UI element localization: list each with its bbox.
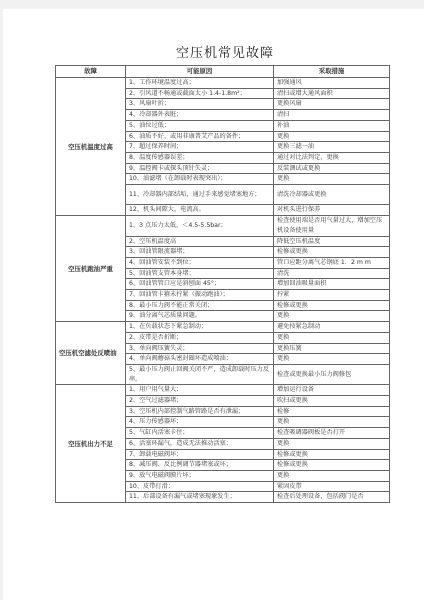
action-cell: 清洗	[274, 268, 390, 279]
document-title: 空压机常见故障	[3, 42, 424, 61]
cause-cell: 3、风扇叶折；	[126, 99, 274, 110]
action-cell: 检修或更换	[274, 300, 390, 311]
table-row: 空压机出力不足1、用户用气量大；增加运行设备	[56, 385, 390, 396]
cause-cell: 9、温控阀卡或探头顶针失灵；	[126, 163, 274, 174]
action-cell: 更换	[274, 174, 390, 185]
cause-cell: 10、皮带打滑；	[126, 481, 274, 492]
cause-cell: 11、冷却器内部结垢，通过手来感觉堵塞地方；	[126, 185, 274, 205]
action-cell: 补油	[274, 120, 390, 131]
action-cell: 更换压簧	[274, 343, 390, 354]
action-cell: 对机头进行保养	[274, 205, 390, 216]
action-cell: 检查吸调器阀板是否打开	[274, 428, 390, 439]
action-cell: 更换	[274, 332, 390, 343]
cause-cell: 4、单向阀蘑菇头密封圈坏造成喷油；	[126, 354, 274, 365]
fault-cell: 空压机出力不足	[56, 385, 126, 503]
action-cell: 更换	[274, 311, 390, 322]
cause-cell: 2、空气过滤器堵；	[126, 396, 274, 407]
cause-cell: 3、空压机内部控制气路管路是否有泄漏；	[126, 406, 274, 417]
action-cell: 降低空压机温度	[274, 236, 390, 247]
action-cell: 管口应距分离气芯钢底 1．2 m m	[274, 257, 390, 268]
action-cell: 紧固皮带	[274, 481, 390, 492]
cause-cell: 8、最小压力阀不能正常关闭；	[126, 300, 274, 311]
table-header-row: 故障 可能原因 采取措施	[56, 66, 390, 78]
action-cell: 更换三滤一油	[274, 142, 390, 153]
action-cell: 更换	[274, 438, 390, 449]
fault-cell: 空压机空滤处反喷油	[56, 322, 126, 385]
action-cell: 加强通风	[274, 78, 390, 89]
action-cell: 更换风扇	[274, 99, 390, 110]
cause-cell: 1、用户用气量大；	[126, 385, 274, 396]
action-cell: 清扫	[274, 110, 390, 121]
action-cell: 更换	[274, 417, 390, 428]
fault-cell: 空压机跑油严重	[56, 216, 126, 322]
cause-cell: 12、机头间隙大，电流高。	[126, 205, 274, 216]
action-cell: 检修或更换	[274, 247, 390, 258]
cause-cell: 5、气缸内活塞卡住；	[126, 428, 274, 439]
cause-cell: 2、引风道不畅通或截面太小 1.4-1.8m²；	[126, 88, 274, 99]
action-cell: 检修或更换	[274, 460, 390, 471]
action-cell: 拧紧	[274, 290, 390, 301]
header-fault: 故障	[56, 66, 126, 78]
cause-cell: 6、回油管管口应是斜刨面 45°；	[126, 279, 274, 290]
action-cell: 更换	[274, 354, 390, 365]
cause-cell: 4、冷却器外表脏；	[126, 110, 274, 121]
cause-cell: 11、后部设备有漏气或堵塞现象发生；	[126, 492, 274, 503]
cause-cell: 8、减压阀、反比例调节器堵塞或坏；	[126, 460, 274, 471]
cause-cell: 8、温度传感器误差；	[126, 152, 274, 163]
cause-cell: 5、回油管支管本身堵；	[126, 268, 274, 279]
table-row: 空压机空滤处反喷油1、在负载状态下紧急制动；避免按紧急制动	[56, 322, 390, 333]
cause-cell: 3、单向阀压簧失灵；	[126, 343, 274, 354]
cause-cell: 1、在负载状态下紧急制动；	[126, 322, 274, 333]
cause-cell: 5、最小压力阀止回阀关闭不严，造成卸载时压力反串。	[126, 364, 274, 384]
action-cell: 检查或更换最小压力阀修包	[274, 364, 390, 384]
cause-cell: 6、活塞环漏气，造成无法推动活塞；	[126, 438, 274, 449]
cause-cell: 1、工作环境温度过高；	[126, 78, 274, 89]
action-cell: 吹扫或更换	[274, 396, 390, 407]
action-cell: 更换	[274, 471, 390, 482]
action-cell: 更换	[274, 131, 390, 142]
cause-cell: 6、油质不好、或用非康普艾产品的备件；	[126, 131, 274, 142]
table-row: 空压机跑油严重1、3 点压力太低，＜4.5-5.5bar；检查使用端是否用气量过…	[56, 216, 390, 236]
cause-cell: 5、油位过低；	[126, 120, 274, 131]
cause-cell: 3、回油管限流器堵；	[126, 247, 274, 258]
header-action: 采取措施	[274, 66, 390, 78]
cause-cell: 7、超过保养时间；	[126, 142, 274, 153]
action-cell: 检修	[274, 406, 390, 417]
cause-cell: 4、回油管安装不到位；	[126, 257, 274, 268]
cause-cell: 10、油滤堵（在卸载时表现突出）；	[126, 174, 274, 185]
action-cell: 增加回油吸量面积	[274, 279, 390, 290]
cause-cell: 9、放气电磁阀膜片坏；	[126, 471, 274, 482]
cause-cell: 2、皮带是否折断；	[126, 332, 274, 343]
cause-cell: 1、3 点压力太低，＜4.5-5.5bar；	[126, 216, 274, 236]
action-cell: 通过对比法判定，更换	[274, 152, 390, 163]
header-cause: 可能原因	[126, 66, 274, 78]
cause-cell: 4、压力传感器坏；	[126, 417, 274, 428]
cause-cell: 2、空压机温度高	[126, 236, 274, 247]
action-cell: 检查后处理设备，包括阀门是否	[274, 492, 390, 503]
cause-cell: 7、卸载电磁阀坏；	[126, 449, 274, 460]
fault-cell: 空压机温度过高	[56, 78, 126, 216]
action-cell: 反装测试或更换	[274, 163, 390, 174]
action-cell: 清扫或增大通风面积	[274, 88, 390, 99]
document-page: 空压机常见故障 故障 可能原因 采取措施 空压机温度过高1、工作环境温度过高；加…	[3, 9, 424, 600]
action-cell: 清洗冷却器或更换	[274, 185, 390, 205]
action-cell: 检修或更换	[274, 449, 390, 460]
action-cell: 增加运行设备	[274, 385, 390, 396]
action-cell: 避免按紧急制动	[274, 322, 390, 333]
action-cell: 检查使用端是否用气量过大，增加空压机设备使用量	[274, 216, 390, 236]
cause-cell: 9、油分离气芯质量问题。	[126, 311, 274, 322]
table-row: 空压机温度过高1、工作环境温度过高；加强通风	[56, 78, 390, 89]
fault-table: 故障 可能原因 采取措施 空压机温度过高1、工作环境温度过高；加强通风2、引风道…	[55, 65, 390, 503]
cause-cell: 7、回油管卡箍未拧紧（振动跑油）；	[126, 290, 274, 301]
